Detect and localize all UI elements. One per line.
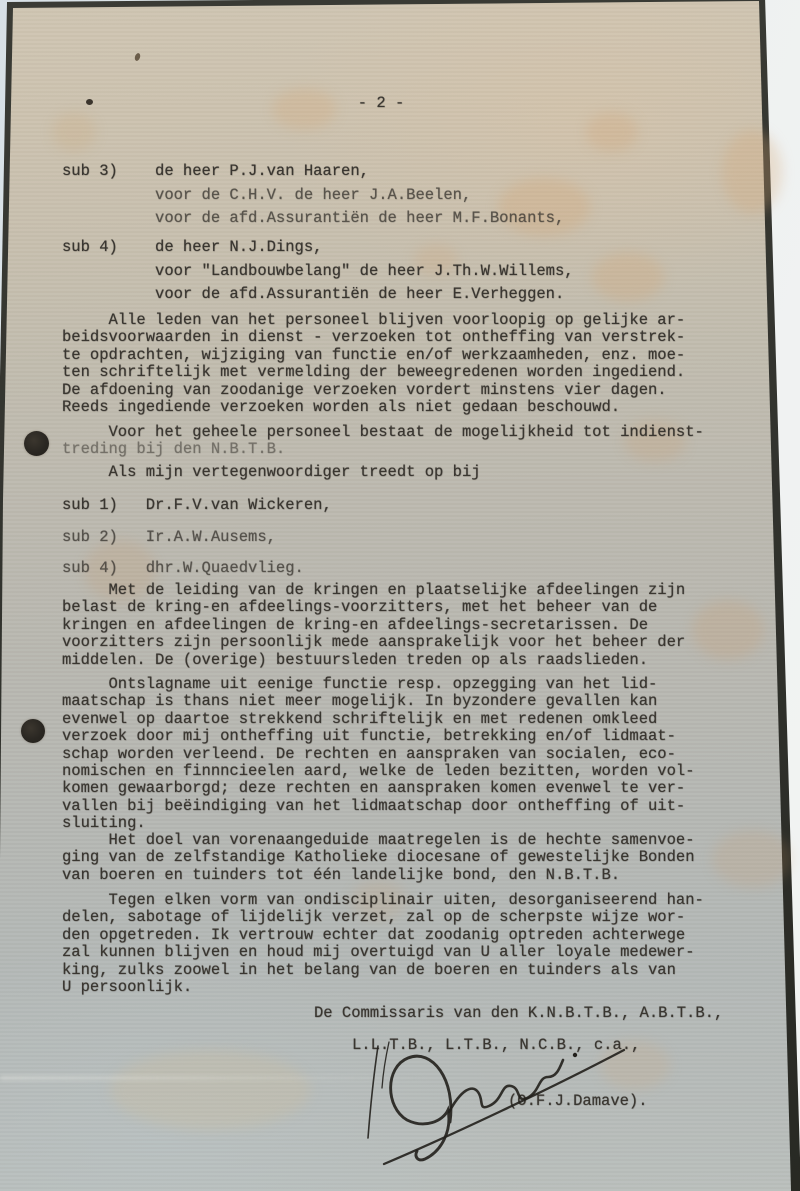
list-sub3: sub 3) de heer P.J.van Haaren, voor de C…	[62, 160, 564, 231]
typed-line: De Commissaris van den K.N.B.T.B., A.B.T…	[314, 1004, 723, 1022]
signature-d-loop	[391, 1056, 451, 1160]
punch-hole	[24, 431, 49, 456]
page-number: - 2 -	[0, 94, 762, 112]
typed-line: verzoek door mij ontheffing uit functie,…	[62, 728, 695, 745]
stain	[52, 112, 96, 152]
typed-line: Met de leiding van de kringen en plaatse…	[62, 582, 685, 599]
typed-line: Reeds ingediende verzoeken worden als ni…	[62, 399, 685, 416]
punch-hole	[21, 719, 45, 743]
typed-line: van boeren en tuinders tot één landelijk…	[62, 867, 695, 884]
typed-line: te opdrachten, wijziging van functie en/…	[62, 347, 685, 364]
stain	[692, 600, 764, 660]
typed-line: nomischen en finnncieelen aard, welke de…	[62, 763, 695, 780]
typed-line: treding bij den N.B.T.B.	[62, 441, 704, 458]
typed-line: evenwel op daartoe strekkend schriftelij…	[62, 711, 695, 728]
paragraph-leiding: Met de leiding van de kringen en plaatse…	[62, 582, 685, 669]
typed-line: voor "Landbouwbelang" de heer J.Th.W.Wil…	[62, 260, 574, 284]
list-vertegenwoordigers: sub 1) Dr.F.V.van Wickeren, sub 2) Ir.A.…	[62, 490, 332, 585]
typed-line: Het doel van vorenaangeduide maatregelen…	[62, 832, 695, 849]
typed-line: sub 4) dhr.W.Quaedvlieg.	[62, 553, 332, 585]
line-vertegenwoordiger: Als mijn vertegenwoordiger treedt op bij	[62, 463, 481, 481]
typed-line: belast de kring-en afdeelings-voorzitter…	[62, 599, 685, 616]
typed-line: delen, sabotage of lijdelijk verzet, zal…	[62, 909, 704, 926]
paragraph-personeel: Alle leden van het personeel blijven voo…	[62, 312, 685, 416]
typed-line: voorzitters zijn persoonlijk mede aanspr…	[62, 634, 685, 651]
typed-line: U persoonlijk.	[62, 979, 704, 996]
signature-flourish	[384, 1050, 624, 1164]
typed-line: Als mijn vertegenwoordiger treedt op bij	[62, 463, 481, 481]
closing-title-line1: De Commissaris van den K.N.B.T.B., A.B.T…	[314, 1004, 723, 1022]
typed-line: den opgetreden. Ik vertrouw echter dat z…	[62, 927, 704, 944]
typed-line: De afdoening van zoodanige verzoeken vor…	[62, 382, 685, 399]
paragraph-indienst: Voor het geheele personeel bestaat de mo…	[62, 424, 704, 459]
typed-line: king, zulks zoowel in het belang van de …	[62, 962, 704, 979]
paragraph-ontslagname: Ontslagname uit eenige functie resp. opz…	[62, 676, 695, 833]
typed-line: Alle leden van het personeel blijven voo…	[62, 312, 685, 329]
typed-line: beidsvoorwaarden in dienst - verzoeken t…	[62, 329, 685, 346]
typed-line: sub 3) de heer P.J.van Haaren,	[62, 160, 564, 184]
stain	[722, 130, 782, 214]
stain	[592, 252, 664, 302]
typed-line: ten schriftelijk met vermelding der bewe…	[62, 364, 685, 381]
typed-line: voor de C.H.V. de heer J.A.Beelen,	[62, 184, 564, 208]
typed-line: zal kunnen blijven en houd mij overtuigd…	[62, 944, 704, 961]
typed-line: sub 4) de heer N.J.Dings,	[62, 236, 574, 260]
stain	[712, 830, 792, 888]
typed-line: vallen bij beëindiging van het lidmaatsc…	[62, 798, 695, 815]
typed-line: ging van de zelfstandige Katholieke dioc…	[62, 849, 695, 866]
paragraph-tegen: Tegen elken vorm van ondisciplinair uite…	[62, 892, 704, 996]
typed-line: Voor het geheele personeel bestaat de mo…	[62, 424, 704, 441]
typed-line: schap worden verleend. De rechten en aan…	[62, 746, 695, 763]
signature-dot	[573, 1053, 577, 1057]
typed-line: sub 1) Dr.F.V.van Wickeren,	[62, 490, 332, 522]
stain	[110, 1050, 310, 1130]
typed-line: komen gewaarborgd; deze rechten en aansp…	[62, 780, 695, 797]
typed-line: Ontslagname uit eenige functie resp. opz…	[62, 676, 695, 693]
typed-line: Tegen elken vorm van ondisciplinair uite…	[62, 892, 704, 909]
photographed-document: { "doc": { "page_number": "- 2 -", "sub3…	[0, 0, 800, 1191]
signature-wave	[449, 1060, 563, 1112]
list-sub4: sub 4) de heer N.J.Dings, voor "Landbouw…	[62, 236, 574, 307]
typed-line: middelen. De (overige) bestuursleden tre…	[62, 652, 685, 669]
signature-leadin-stroke	[382, 1042, 389, 1088]
typed-line: maatschap is thans niet meer mogelijk. I…	[62, 693, 695, 710]
typed-line: sub 2) Ir.A.W.Ausems,	[62, 522, 332, 554]
typed-line: kringen en afdeelingen de kring-en afdee…	[62, 617, 685, 634]
page-number-text: - 2 -	[0, 94, 762, 112]
typed-line: voor de afd.Assurantiën de heer E.Verheg…	[62, 283, 574, 307]
handwritten-signature	[362, 1036, 652, 1176]
stain	[586, 112, 638, 152]
signature-leadin-stroke	[368, 1046, 378, 1138]
paragraph-doel: Het doel van vorenaangeduide maatregelen…	[62, 832, 695, 884]
typed-line: voor de afd.Assurantiën de heer M.F.Bona…	[62, 207, 564, 231]
